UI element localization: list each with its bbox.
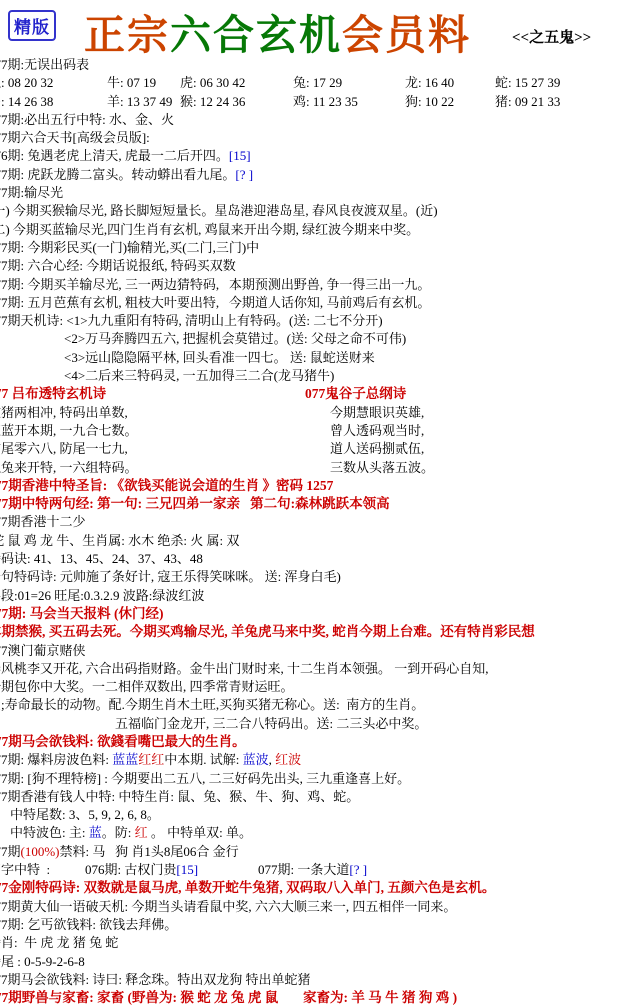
line-dudaxia-title: 077澳门葡京赌侠 [0,642,621,660]
text-segment: 077期黄大仙一语破天机: 今期当头请看鼠中奖, 六六大顺三来一, 四五相伴一同… [0,899,456,914]
line-youqianren: 077期香港有钱人中特: 中特生肖: 鼠、兔、猴、牛、狗、鸡、蛇。 [0,788,621,806]
text-segment: 虎: 06 30 42 [180,74,293,92]
text-segment: 曾人透码观当时, [330,423,424,438]
text-segment: 猪: 09 21 33 [495,94,560,109]
line-boseliao: 077期: 爆料房波色料: 蓝蓝红红中本期. 试解: 蓝波, 红波 [0,751,621,769]
text-segment: 本期禁猴, 买五码去死。今期买鸡输尽光, 羊兔虎马来中奖, 蛇肖今期上台难。还有… [0,624,535,639]
text-segment: 。 中特单双: 单。 [148,825,252,840]
text-segment: 中特波色: 主: [10,825,89,840]
text-segment: 077 吕布透特玄机诗 [0,385,305,403]
line-zhongte-bose: 中特波色: 主: 蓝。防: 红 。 中特单双: 单。 [0,824,621,842]
text-segment: 077期马会欲钱料: 诗曰: 释念珠。特出双龙狗 特出单蛇猪 [0,972,310,987]
text-segment: 077期: 今期买羊输尽光, 三一两边猜特码, 本期预测出野兽, 争一得三出一九… [0,277,430,292]
text-segment: 077期: 一条大道 [258,862,349,877]
text-segment: 077期: 六合心经: 今期话说报纸, 特码买双数 [0,258,236,273]
line-xinjing: 077期: 六合心经: 今期话说报纸, 特码买双数 [0,257,621,275]
text-segment: 077期香港十二少 [0,514,86,529]
text-segment: 077期: [狗不理特榜] : 今期要出二五八, 二三好码先出头, 三九重逢喜上… [0,771,410,786]
line-zhongte-weishu: 中特尾数: 3、5, 9, 2, 6, 8。 [0,806,621,824]
line-zodiac-row-1: 鼠: 08 20 32牛: 07 19虎: 06 30 42兔: 17 29龙:… [0,74,621,92]
text-segment: 狗: 10 22 [405,93,495,111]
line-liangjujing: 077期中特两句经: 第一句: 三兄四弟一家亲 第二句:森林跳跃本领高 [0,495,621,513]
text-segment: 羊: 13 37 49 [107,93,180,111]
text-segment: 道人送码捌贰伍, [330,441,424,456]
line-shujinguang-1: (一) 今期买猴输尽光, 路长脚短短量长。星岛港迎港岛星, 春风良夜渡双星。(近… [0,202,621,220]
line-tianjishi-2: <2>万马奔腾四五六, 把握机会莫错过。(送: 父母之命不可伟) [0,330,621,348]
text-segment: 077期天机诗: <1>九九重阳有特码, 清明山上有特码。(送: 二七不分开) [0,313,383,328]
line-tewei: 特尾 : 0-5-9-2-6-8 [0,953,621,971]
text-segment: [15] [229,148,251,163]
line-jinliao: 077期(100%)禁料: 马 狗 肖1头8尾06合 金行 [0,843,621,861]
line-poem-2: 红蓝开本期, 一九合七数。曾人透码观当时, [0,422,621,440]
line-shujinguang-2: (二) 今期买蓝输尽光,四门生肖有玄机, 鸡鼠来开出今期, 绿红波今期来中奖。 [0,221,621,239]
line-poem-3: 防尾零六八, 防尾一七九,道人送码捌贰伍, [0,440,621,458]
text-segment: 谜;寿命最长的动物。配.今期生肖木土旺,买狗买猪无称心。送: 南方的生肖。 [0,697,424,712]
text-segment: 四字中特 : [0,861,85,879]
text-segment: 牛: 07 19 [107,74,180,92]
text-segment: 蛇: 15 27 39 [495,75,560,90]
line-shouming: 谜;寿命最长的动物。配.今期生肖木土旺,买狗买猪无称心。送: 南方的生肖。 [0,696,621,714]
text-segment: [? ] [235,167,253,182]
line-maiyang: 077期: 今期买羊输尽光, 三一两边猜特码, 本期预测出野兽, 争一得三出一九… [0,276,621,294]
line-shiershao-title: 077期香港十二少 [0,513,621,531]
line-tianjishi-1: 077期天机诗: <1>九九重阳有特码, 清明山上有特码。(送: 二七不分开) [0,312,621,330]
line-duan: 半段:01=26 旺尾:0.3.2.9 波路:绿波红波 [0,587,621,605]
text-segment: 特肖: 牛 虎 龙 猪 兔 蛇 [0,935,118,950]
line-tianshu-076: 076期: 兔遇老虎上清天, 虎最一二后开四。[15] [0,147,621,165]
text-segment: 077期野兽与家畜: 家畜 (野兽为: 猴 蛇 龙 兔 虎 鼠 [0,989,303,1007]
line-shujinguang-title: 077期:输尽光 [0,184,621,202]
line-bajiao: 077期: 五月芭蕉有玄机, 粗枝大叶要出特, 今期道人话你知, 马前鸡后有玄机… [0,294,621,312]
text-segment: 蓝 [89,825,102,840]
text-segment: 鼠兔来开特, 一六组特码。 [0,459,330,477]
text-segment: 077期: 虎跃龙腾二富头。转动蟒出看九尾。 [0,167,235,182]
text-segment: 077期: 五月芭蕉有玄机, 粗枝大叶要出特, 今期道人话你知, 马前鸡后有玄机… [0,295,430,310]
text-segment: 兔: 17 29 [293,74,405,92]
text-segment: 半段:01=26 旺尾:0.3.2.9 波路:绿波红波 [0,588,204,603]
line-tecmashi: 一句特码诗: 元帅施了条好计, 寇王乐得笑咪咪。 送: 浑身白毛) [0,568,621,586]
text-segment: 猴: 12 24 36 [180,93,293,111]
line-goubuli: 077期: [狗不理特榜] : 今期要出二五八, 二三好码先出头, 三九重逢喜上… [0,770,621,788]
line-tianjishi-4: <4>二后来三特码灵, 一五加得三二合(龙马猪牛) [0,367,621,385]
text-segment: 077期香港中特圣旨: 《欲钱买能说会道的生肖 》密码 1257 [0,478,333,493]
text-segment: 077期六合天书[高级会员版]: [0,130,150,145]
line-shengzhi: 077期香港中特圣旨: 《欲钱买能说会道的生肖 》密码 1257 [0,477,621,495]
text-segment: 一句特码诗: 元帅施了条好计, 寇王乐得笑咪咪。 送: 浑身白毛) [0,569,341,584]
text-segment: 077期 [0,844,21,859]
text-segment: 特尾 : 0-5-9-2-6-8 [0,954,85,969]
text-segment: 龙: 16 40 [405,74,495,92]
line-tianshu-077: 077期: 虎跃龙腾二富头。转动蟒出看九尾。[? ] [0,166,621,184]
text-segment: 鸡: 11 23 35 [293,93,405,111]
line-tianjishi-3: <3>远山隐隐隔平林, 回头看准一四七。 送: 鼠蛇送财来 [0,349,621,367]
text-segment: 蓝波 [243,752,269,767]
page-title-part-1: 正宗 [84,12,170,58]
text-segment: 五福临门金龙开, 三二合八特码出。送: 二三头必中奖。 [115,716,427,731]
text-segment: 马: 14 26 38 [0,93,107,111]
page-title-part-3: 会员料 [342,12,471,58]
line-huangdaxian: 077期黄大仙一语破天机: 今期当头请看鼠中奖, 六六大顺三来一, 四五相伴一同… [0,898,621,916]
text-segment: (二) 今期买蓝输尽光,四门生肖有玄机, 鸡鼠来开出今期, 绿红波今期来中奖。 [0,222,419,237]
text-segment: 077期: 爆料房波色料: [0,752,112,767]
text-segment: 077期: 乞丐欲钱料: 欲钱去拜佛。 [0,917,177,932]
text-segment: 077金刚特码诗: 双数就是鼠马虎, 单数开蛇牛兔猪, 双码取八入单门, 五颜六… [0,880,495,895]
line-poem-1: 蛇猪两相冲, 特码出单数,今期慧眼识英雄, [0,404,621,422]
text-segment: 077期中特两句经: 第一句: 三兄四弟一家亲 第二句:森林跳跃本领高 [0,496,390,511]
text-segment: 红蓝开本期, 一九合七数。 [0,422,330,440]
text-segment: 今期慧眼识英雄, [330,405,424,420]
page-header: 精版 正宗六合玄机会员料 <<之五鬼>> [0,0,621,54]
text-segment: 中本期. 试解: [164,752,242,767]
text-segment: 077鬼谷子总纲诗 [305,386,406,401]
page-title: 正宗六合玄机会员料 [84,2,471,61]
text-segment: 077期:无误出码表 [0,57,89,72]
text-segment: 防尾零六八, 防尾一七九, [0,440,330,458]
text-segment: 076期: 古权门贵 [85,862,176,877]
text-segment: 红红 [138,752,164,767]
text-segment: 蛇 鼠 鸡 龙 牛、生肖属: 水木 绝杀: 火 属: 双 [0,533,239,548]
line-majue: 特码诀: 41、13、45、24、37、43、48 [0,550,621,568]
text-segment: 076期: 兔遇老虎上清天, 虎最一二后开四。 [0,148,229,163]
text-segment: 077期: 今期彩民买(一门)输精光,买(二门,三门)中 [0,240,259,255]
text-segment: 鼠: 08 20 32 [0,74,107,92]
text-segment: [15] [176,862,198,877]
text-segment: 红 [135,825,148,840]
line-texiao: 特肖: 牛 虎 龙 猪 兔 蛇 [0,934,621,952]
line-zodiac-row-2: 马: 14 26 38羊: 13 37 49猴: 12 24 36鸡: 11 2… [0,93,621,111]
line-yeshou-jiachu: 077期野兽与家畜: 家畜 (野兽为: 猴 蛇 龙 兔 虎 鼠家畜为: 羊 马 … [0,989,621,1007]
line-yuqianliao: 077期马会欲钱料: 欲錢看嘴巴最大的生肖。 [0,733,621,751]
text-segment: 077期:输尽光 [0,185,63,200]
text-segment: 特码诀: 41、13、45、24、37、43、48 [0,551,203,566]
line-dudaxia-1: 春风桃李又开花, 六合出码指财路。金牛出门财时来, 十二生肖本领强。 一到开码心… [0,660,621,678]
text-segment: (一) 今期买猴输尽光, 路长脚短短量长。星岛港迎港岛星, 春风良夜渡双星。(近… [0,203,438,218]
text-segment: <4>二后来三特码灵, 一五加得三二合(龙马猪牛) [64,368,334,383]
text-segment: 家畜为: 羊 马 牛 猪 狗 鸡 ) [303,990,457,1005]
text-segment: (100%) [21,844,60,859]
line-wuxing: 077期:必出五行中特: 水、金、火 [0,111,621,129]
text-segment: 中特尾数: 3、5, 9, 2, 6, 8。 [10,807,160,822]
text-segment: 077澳门葡京赌侠 [0,643,86,658]
text-segment: 077期:必出五行中特: 水、金、火 [0,112,174,127]
line-poem-titles: 077 吕布透特玄机诗077鬼谷子总纲诗 [0,385,621,403]
text-segment: 077期香港有钱人中特: 中特生肖: 鼠、兔、猴、牛、狗、鸡、蛇。 [0,789,359,804]
text-segment: 今期包你中大奖。一二相伴双数出, 四季常青财运旺。 [0,679,294,694]
text-segment: 春风桃李又开花, 六合出码指财路。金牛出门财时来, 十二生肖本领强。 一到开码心… [0,661,489,676]
line-qigai: 077期: 乞丐欲钱料: 欲钱去拜佛。 [0,916,621,934]
text-segment: 禁料: 马 狗 肖1头8尾06合 金行 [60,844,239,859]
line-dudaxia-2: 今期包你中大奖。一二相伴双数出, 四季常青财运旺。 [0,678,621,696]
line-jingang: 077金刚特码诗: 双数就是鼠马虎, 单数开蛇牛兔猪, 双码取八入单门, 五颜六… [0,879,621,897]
text-segment: [? ] [349,862,367,877]
page-title-suffix: <<之五鬼>> [512,26,591,47]
line-shiershao-body: 蛇 鼠 鸡 龙 牛、生肖属: 水木 绝杀: 火 属: 双 [0,532,621,550]
text-segment: 蓝蓝 [112,752,138,767]
line-sizizhongte: 四字中特 :076期: 古权门贵[15]077期: 一条大道[? ] [0,861,621,879]
page-title-part-2: 六合玄机 [170,12,342,58]
tip-sheet-body: 077期:无误出码表鼠: 08 20 32牛: 07 19虎: 06 30 42… [0,54,621,1007]
line-dangtianbaoliao: 077期: 马会当天报料 (休门经) [0,605,621,623]
text-segment: 三数从头落五波。 [330,460,434,475]
text-segment: 红波 [275,752,301,767]
line-tianshu-title: 077期六合天书[高级会员版]: [0,129,621,147]
line-caimin: 077期: 今期彩民买(一门)输精光,买(二门,三门)中 [0,239,621,257]
line-wufu: 五福临门金龙开, 三二合八特码出。送: 二三头必中奖。 [0,715,621,733]
text-segment: 。防: [102,825,135,840]
line-shiyue: 077期马会欲钱料: 诗曰: 释念珠。特出双龙狗 特出单蛇猪 [0,971,621,989]
text-segment: 蛇猪两相冲, 特码出单数, [0,404,330,422]
text-segment: 077期: 马会当天报料 (休门经) [0,606,164,621]
text-segment: <2>万马奔腾四五六, 把握机会莫错过。(送: 父母之命不可伟) [64,331,406,346]
text-segment: 077期马会欲钱料: 欲錢看嘴巴最大的生肖。 [0,734,246,749]
edition-badge: 精版 [8,10,56,41]
line-poem-4: 鼠兔来开特, 一六组特码。三数从头落五波。 [0,459,621,477]
line-jinhou: 本期禁猴, 买五码去死。今期买鸡输尽光, 羊兔虎马来中奖, 蛇肖今期上台难。还有… [0,623,621,641]
text-segment: <3>远山隐隐隔平林, 回头看准一四七。 送: 鼠蛇送财来 [64,350,375,365]
